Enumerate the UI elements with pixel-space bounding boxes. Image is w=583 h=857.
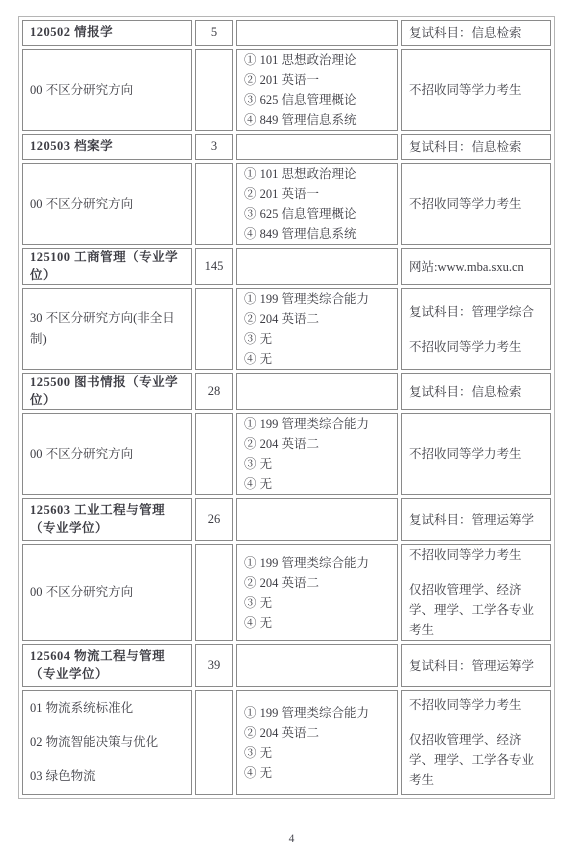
quota-cell xyxy=(195,49,233,131)
remark-line: 不招收同等学力考生 xyxy=(409,80,543,100)
program-title-cell: 125500 图书情报（专业学位） xyxy=(22,373,192,410)
quota-cell xyxy=(195,690,233,795)
quota-cell: 26 xyxy=(195,498,233,541)
program-title-cell: 120502 情报学 xyxy=(22,20,192,46)
program-title: 120502 情报学 xyxy=(30,25,113,39)
direction-line: 01 物流系统标准化 xyxy=(30,698,184,719)
detail-row: 30 不区分研究方向(非全日制) ① 199 管理类综合能力 ② 204 英语二… xyxy=(22,288,551,370)
direction-cell: 30 不区分研究方向(非全日制) xyxy=(22,288,192,370)
program-row: 125500 图书情报（专业学位） 28 复试科目：信息检索 xyxy=(22,373,551,410)
subject-line: ④ 无 xyxy=(244,763,390,783)
subject-line: ④ 849 管理信息系统 xyxy=(244,110,390,130)
program-title: 125100 工商管理（专业学位） xyxy=(30,250,178,282)
remark-line: 不招收同等学力考生 xyxy=(409,444,543,464)
subject-line: ① 199 管理类综合能力 xyxy=(244,414,390,434)
quota-value: 26 xyxy=(208,512,221,526)
remark-cell: 不招收同等学力考生 仅招收管理学、经济学、理学、工学各专业考生 xyxy=(401,544,551,641)
subject-line: ② 201 英语一 xyxy=(244,70,390,90)
remark-cell: 复试科目：管理运筹学 xyxy=(401,644,551,687)
subject-line: ④ 无 xyxy=(244,474,390,494)
remark-line: 仅招收管理学、经济学、理学、工学各专业考生 xyxy=(409,730,543,790)
remark-line: 不招收同等学力考生 xyxy=(409,337,543,357)
remark-line: 复试科目：信息检索 xyxy=(409,137,543,157)
subjects-cell xyxy=(236,134,398,160)
program-row: 120502 情报学 5 复试科目：信息检索 xyxy=(22,20,551,46)
program-title: 125603 工业工程与管理（专业学位） xyxy=(30,503,165,535)
subjects-cell xyxy=(236,644,398,687)
direction-cell: 00 不区分研究方向 xyxy=(22,49,192,131)
program-title: 125604 物流工程与管理（专业学位） xyxy=(30,649,165,681)
subject-line: ③ 无 xyxy=(244,593,390,613)
subject-line: ③ 无 xyxy=(244,329,390,349)
remark-cell: 不招收同等学力考生 xyxy=(401,163,551,245)
detail-row: 00 不区分研究方向 ① 101 思想政治理论 ② 201 英语一 ③ 625 … xyxy=(22,49,551,131)
program-row: 125604 物流工程与管理（专业学位） 39 复试科目：管理运筹学 xyxy=(22,644,551,687)
remark-line: 不招收同等学力考生 xyxy=(409,695,543,715)
quota-cell: 28 xyxy=(195,373,233,410)
remark-cell: 复试科目：管理运筹学 xyxy=(401,498,551,541)
quota-value: 5 xyxy=(211,25,217,39)
remark-line: 仅招收管理学、经济学、理学、工学各专业考生 xyxy=(409,580,543,640)
quota-value: 3 xyxy=(211,139,217,153)
admissions-table: 120502 情报学 5 复试科目：信息检索 00 不区分研究方向 ① 101 … xyxy=(18,16,555,799)
subjects-cell xyxy=(236,373,398,410)
detail-row: 00 不区分研究方向 ① 199 管理类综合能力 ② 204 英语二 ③ 无 ④… xyxy=(22,413,551,495)
direction-line: 00 不区分研究方向 xyxy=(30,582,184,603)
direction-line: 00 不区分研究方向 xyxy=(30,80,184,101)
quota-cell xyxy=(195,544,233,641)
subjects-cell xyxy=(236,498,398,541)
remark-line: 复试科目：管理学综合 xyxy=(409,302,543,322)
subject-line: ① 199 管理类综合能力 xyxy=(244,289,390,309)
subjects-cell: ① 199 管理类综合能力 ② 204 英语二 ③ 无 ④ 无 xyxy=(236,413,398,495)
subject-line: ④ 849 管理信息系统 xyxy=(244,224,390,244)
subject-line: ① 101 思想政治理论 xyxy=(244,164,390,184)
program-row: 125100 工商管理（专业学位） 145 网站:www.mba.sxu.cn xyxy=(22,248,551,285)
quota-cell: 3 xyxy=(195,134,233,160)
remark-line: 复试科目：管理运筹学 xyxy=(409,656,543,676)
remark-cell: 复试科目：信息检索 xyxy=(401,134,551,160)
direction-line: 03 绿色物流 xyxy=(30,766,184,787)
quota-cell xyxy=(195,413,233,495)
remark-line: 不招收同等学力考生 xyxy=(409,194,543,214)
remark-line: 复试科目：管理运筹学 xyxy=(409,510,543,530)
remark-cell: 不招收同等学力考生 仅招收管理学、经济学、理学、工学各专业考生 xyxy=(401,690,551,795)
remark-cell: 复试科目：信息检索 xyxy=(401,20,551,46)
direction-cell: 01 物流系统标准化 02 物流智能决策与优化 03 绿色物流 xyxy=(22,690,192,795)
program-row: 120503 档案学 3 复试科目：信息检索 xyxy=(22,134,551,160)
subject-line: ② 204 英语二 xyxy=(244,309,390,329)
remark-cell: 不招收同等学力考生 xyxy=(401,49,551,131)
direction-line: 00 不区分研究方向 xyxy=(30,444,184,465)
program-title: 120503 档案学 xyxy=(30,139,113,153)
direction-line: 02 物流智能决策与优化 xyxy=(30,732,184,753)
program-title: 125500 图书情报（专业学位） xyxy=(30,375,178,407)
subject-line: ③ 无 xyxy=(244,454,390,474)
detail-row: 00 不区分研究方向 ① 101 思想政治理论 ② 201 英语一 ③ 625 … xyxy=(22,163,551,245)
subject-line: ④ 无 xyxy=(244,613,390,633)
subjects-cell: ① 199 管理类综合能力 ② 204 英语二 ③ 无 ④ 无 xyxy=(236,690,398,795)
program-title-cell: 120503 档案学 xyxy=(22,134,192,160)
detail-row: 01 物流系统标准化 02 物流智能决策与优化 03 绿色物流 ① 199 管理… xyxy=(22,690,551,795)
subjects-cell: ① 199 管理类综合能力 ② 204 英语二 ③ 无 ④ 无 xyxy=(236,544,398,641)
remark-cell: 不招收同等学力考生 xyxy=(401,413,551,495)
detail-row: 00 不区分研究方向 ① 199 管理类综合能力 ② 204 英语二 ③ 无 ④… xyxy=(22,544,551,641)
direction-cell: 00 不区分研究方向 xyxy=(22,413,192,495)
quota-value: 39 xyxy=(208,658,221,672)
subjects-cell xyxy=(236,20,398,46)
direction-cell: 00 不区分研究方向 xyxy=(22,163,192,245)
subject-line: ③ 无 xyxy=(244,743,390,763)
program-title-cell: 125603 工业工程与管理（专业学位） xyxy=(22,498,192,541)
remark-line: 复试科目：信息检索 xyxy=(409,382,543,402)
quota-cell xyxy=(195,163,233,245)
quota-cell: 145 xyxy=(195,248,233,285)
subject-line: ② 201 英语一 xyxy=(244,184,390,204)
remark-line: 复试科目：信息检索 xyxy=(409,23,543,43)
subject-line: ② 204 英语二 xyxy=(244,573,390,593)
subjects-cell xyxy=(236,248,398,285)
quota-value: 145 xyxy=(205,259,224,273)
subject-line: ② 204 英语二 xyxy=(244,723,390,743)
page-number: 4 xyxy=(0,833,583,845)
subject-line: ① 101 思想政治理论 xyxy=(244,50,390,70)
remark-cell: 网站:www.mba.sxu.cn xyxy=(401,248,551,285)
subject-line: ① 199 管理类综合能力 xyxy=(244,703,390,723)
quota-cell xyxy=(195,288,233,370)
subject-line: ② 204 英语二 xyxy=(244,434,390,454)
remark-cell: 复试科目：信息检索 xyxy=(401,373,551,410)
subject-line: ① 199 管理类综合能力 xyxy=(244,553,390,573)
program-title-cell: 125100 工商管理（专业学位） xyxy=(22,248,192,285)
direction-cell: 00 不区分研究方向 xyxy=(22,544,192,641)
subject-line: ③ 625 信息管理概论 xyxy=(244,204,390,224)
direction-line: 00 不区分研究方向 xyxy=(30,194,184,215)
subject-line: ③ 625 信息管理概论 xyxy=(244,90,390,110)
quota-value: 28 xyxy=(208,384,221,398)
program-title-cell: 125604 物流工程与管理（专业学位） xyxy=(22,644,192,687)
quota-cell: 5 xyxy=(195,20,233,46)
program-website: 网站:www.mba.sxu.cn xyxy=(409,257,543,277)
subjects-cell: ① 101 思想政治理论 ② 201 英语一 ③ 625 信息管理概论 ④ 84… xyxy=(236,163,398,245)
program-row: 125603 工业工程与管理（专业学位） 26 复试科目：管理运筹学 xyxy=(22,498,551,541)
remark-line: 不招收同等学力考生 xyxy=(409,545,543,565)
direction-line: 30 不区分研究方向(非全日制) xyxy=(30,308,184,350)
subjects-cell: ① 199 管理类综合能力 ② 204 英语二 ③ 无 ④ 无 xyxy=(236,288,398,370)
subject-line: ④ 无 xyxy=(244,349,390,369)
subjects-cell: ① 101 思想政治理论 ② 201 英语一 ③ 625 信息管理概论 ④ 84… xyxy=(236,49,398,131)
remark-cell: 复试科目：管理学综合 不招收同等学力考生 xyxy=(401,288,551,370)
quota-cell: 39 xyxy=(195,644,233,687)
